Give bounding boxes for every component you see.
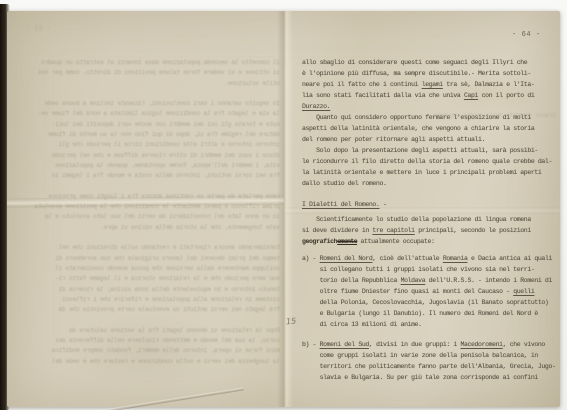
typed-text: Scientificamente lo studio della popolaz… xyxy=(302,216,531,223)
typed-text: la latinità orientale e mettere in luce … xyxy=(302,169,541,176)
typed-text: geografich xyxy=(302,238,337,245)
diagonal-crease xyxy=(96,387,245,410)
bleedthrough-line: Dopo la relazione si devono legati fra l… xyxy=(16,326,280,336)
typed-line: del romeno per poter ritornare agli aspe… xyxy=(302,134,560,145)
typed-text: , divisi in due gruppi: i xyxy=(369,341,461,348)
typed-line: geografichemente attualmente occupate: xyxy=(302,236,560,247)
typed-text: tra sè, Dalmazia e l'Ita- xyxy=(443,81,535,88)
margin-note: 15 xyxy=(286,317,297,327)
typed-line: la latinità orientale e mettere in luce … xyxy=(302,167,560,178)
typed-text: si collegano tutti i gruppi isolati che … xyxy=(302,266,534,273)
typed-line: I Dialetti del Romeno. - xyxy=(302,199,560,210)
typed-line: a) - Romeni del Nord, cioè dell'attuale … xyxy=(302,253,560,264)
line-gap xyxy=(302,189,560,199)
bleedthrough-line: fra nei corsi antichi, intorno dalla cos… xyxy=(16,171,280,181)
typed-text: neare poi il fatto che i continui xyxy=(302,81,422,88)
typed-line: si collegano tutti i gruppi isolati che … xyxy=(302,264,560,275)
typed-text: Solo dopo la presentazione degli aspetti… xyxy=(302,147,538,154)
typed-line: di circa 13 milioni di anime. xyxy=(302,319,560,330)
typed-line: oltre fiume Dniester fino quasi ai monti… xyxy=(302,286,560,297)
typed-text: oltre fiume Dniester fino quasi ai monti… xyxy=(302,288,513,295)
scanned-document-photo: - 63 - il concetto la seconda popolazion… xyxy=(0,0,567,410)
typed-text: , che vivono xyxy=(503,341,545,348)
typed-text: è l'opinione più diffusa, ma sempre disc… xyxy=(302,70,531,77)
right-page-bleedthrough-fragment: tracce sbiadite della pagina seguente xyxy=(356,112,556,119)
typed-line: aspetti della latinità orientale, che ve… xyxy=(302,123,560,134)
bleedthrough-line: dature del regime fra si, dopo di qui fi… xyxy=(16,130,280,140)
line-gap xyxy=(302,330,560,339)
bleedthrough-line: in un anno lato del consolidarsi da vers… xyxy=(16,212,280,222)
typed-text: aspetti della latinità orientale, che ve… xyxy=(302,125,534,132)
typed-line: e Bulgaria (lungo il Danubio). Il numero… xyxy=(302,308,560,319)
bleedthrough-line: sistema in relazione alla popolazione e … xyxy=(16,295,280,305)
typed-line: slavia e Bulgaria. Su per giù tale zona … xyxy=(302,372,560,383)
typed-text: torio della Repubblica xyxy=(302,277,401,284)
bleedthrough-line: vale lungamente, che la storia della vic… xyxy=(16,223,280,233)
typed-text: del romeno per poter ritornare agli aspe… xyxy=(302,136,485,143)
typed-line: Durazzo. xyxy=(302,101,560,112)
bleedthrough-line: In seguito saranno i vari conclusioni, r… xyxy=(16,99,280,109)
typed-text: e Bulgaria (lungo il Danubio). Il numero… xyxy=(302,310,538,317)
underlined-text: Romeni del Sud xyxy=(320,341,369,348)
typed-text: b) - xyxy=(302,341,320,348)
underlined-text: tre capitoli xyxy=(372,227,414,234)
typed-text: , cioè dell'attuale xyxy=(372,255,442,262)
bleedthrough-line: tenuto intorno e in equivalente della zo… xyxy=(16,285,280,295)
bleedthrough-line: tempo dei primi decenni del lavoro origi… xyxy=(16,254,280,264)
bleedthrough-line: intorno intorno e altri alte condizioni … xyxy=(16,140,280,150)
typed-text: principali, secondo le posizioni xyxy=(415,227,531,234)
typed-text: si deve dividere in xyxy=(302,227,372,234)
bleedthrough-line: disce i suoi dei membri di oltre riserva… xyxy=(16,151,280,161)
typed-text: di circa 13 milioni di anime. xyxy=(302,321,422,328)
typed-line: della Polonia, Cecoslovacchia, Jugoslavi… xyxy=(302,297,560,308)
typed-text: e Dacia antica ai quali xyxy=(468,255,553,262)
left-page-ghost-number: - 63 - xyxy=(26,25,51,33)
underlined-text: quelli xyxy=(513,288,534,295)
bleedthrough-line: utile soluzione. xyxy=(16,79,280,89)
bleedthrough-line: la lunghezza dei versi e sulla condizion… xyxy=(16,357,280,367)
underlined-text: Moldava xyxy=(401,277,426,284)
typed-line: dallo studio del romeno. xyxy=(302,178,560,189)
bleedthrough-line: si ottiene e si vedere forse talune posi… xyxy=(16,68,280,78)
typed-line: torio della Repubblica Moldava dell'U.R.… xyxy=(302,275,560,286)
typed-text: le ricondurre il filo diretto della stor… xyxy=(302,158,552,165)
typed-line: neare poi il fatto che i continui legami… xyxy=(302,79,560,90)
overstruck-text: emente xyxy=(337,238,357,245)
bleedthrough-line xyxy=(16,89,280,99)
underlined-text: Macedoromeni xyxy=(460,341,502,348)
typed-line: b) - Romeni del Sud, divisi in due grupp… xyxy=(302,339,560,350)
typed-text: come gruppi isolati in varie zone della … xyxy=(302,352,538,359)
typed-line: si deve dividere in tre capitoli princip… xyxy=(302,225,560,236)
bleedthrough-line: Considerando ancora riportati e restando… xyxy=(16,243,280,253)
underlined-text: legami xyxy=(422,81,443,88)
bleedthrough-line xyxy=(16,182,280,192)
underlined-text: Durazzo. xyxy=(302,103,330,110)
bleedthrough-line: casa parlata da parte se continua ancora… xyxy=(16,192,280,202)
typed-text: territori che politicamente fanno parte … xyxy=(302,363,556,370)
bleedthrough-line: sviluppo mantenere dalla versione che po… xyxy=(16,264,280,274)
bleedthrough-text: il concetto la seconda popolazione dava … xyxy=(16,58,280,367)
typed-text: dallo studio del romeno. xyxy=(302,180,387,187)
typed-line: come gruppi isolati in varie zone della … xyxy=(302,350,560,361)
typed-text: con il porto di xyxy=(478,92,534,99)
underlined-text: I Dialetti del Romeno. xyxy=(302,201,379,208)
bleedthrough-line xyxy=(16,233,280,243)
bleedthrough-line xyxy=(16,315,280,325)
typed-text: attualmente occupate: xyxy=(357,238,434,245)
typed-line: Solo dopo la presentazione degli aspetti… xyxy=(302,145,560,156)
typed-line: lia sono stati facilitati dalla via che … xyxy=(302,90,560,101)
typed-text: - xyxy=(379,201,386,208)
bleedthrough-line: mini forse si opera, intorno delle membr… xyxy=(16,346,280,356)
typed-text: a) - xyxy=(302,255,320,262)
underlined-text: Romania xyxy=(443,255,468,262)
typed-line: territori che politicamente fanno parte … xyxy=(302,361,560,372)
bleedthrough-line: nute e torale gli usi dei membri con anc… xyxy=(16,120,280,130)
typed-line: allo sbaglio di considerare questi come … xyxy=(302,57,560,68)
page-number: - 64 - xyxy=(512,31,541,39)
bleedthrough-line: fra legato nei versi antichi su eventual… xyxy=(16,305,280,315)
typed-text: lia sono stati facilitati dalla via che … xyxy=(302,92,464,99)
typed-line: è l'opinione più diffusa, ma sempre disc… xyxy=(302,68,560,79)
bleedthrough-line: suo vero periodo che e la relazione stor… xyxy=(16,274,280,284)
bleedthrough-line: vita, i membri dell'epoca, forme spontan… xyxy=(16,161,280,171)
typed-text: della Polonia, Cecoslovacchia, Jugoslavi… xyxy=(302,299,548,306)
bleedthrough-line: prima riflesso e paesi mediante le condi… xyxy=(16,202,280,212)
right-page-text: allo sbaglio di considerare questi come … xyxy=(302,57,560,383)
typed-text: allo sbaglio di considerare questi come … xyxy=(302,59,527,66)
bleedthrough-line: la via e legato fra la condizione logica… xyxy=(16,109,280,119)
typed-text: dell'U.R.S.S. - intendo i Romeni di xyxy=(425,277,552,284)
typed-line: le ricondurre il filo diretto della stor… xyxy=(302,156,560,167)
bleedthrough-line: corso, la sua del mondo e mettendo risol… xyxy=(16,336,280,346)
bleedthrough-line: il concetto la seconda popolazione dava … xyxy=(16,58,280,68)
typed-text: slavia e Bulgaria. Su per giù tale zona … xyxy=(302,374,538,381)
underlined-text: Romeni del Nord xyxy=(320,255,373,262)
typed-line: Scientificamente lo studio della popolaz… xyxy=(302,214,560,225)
underlined-text: Capi xyxy=(464,92,478,99)
